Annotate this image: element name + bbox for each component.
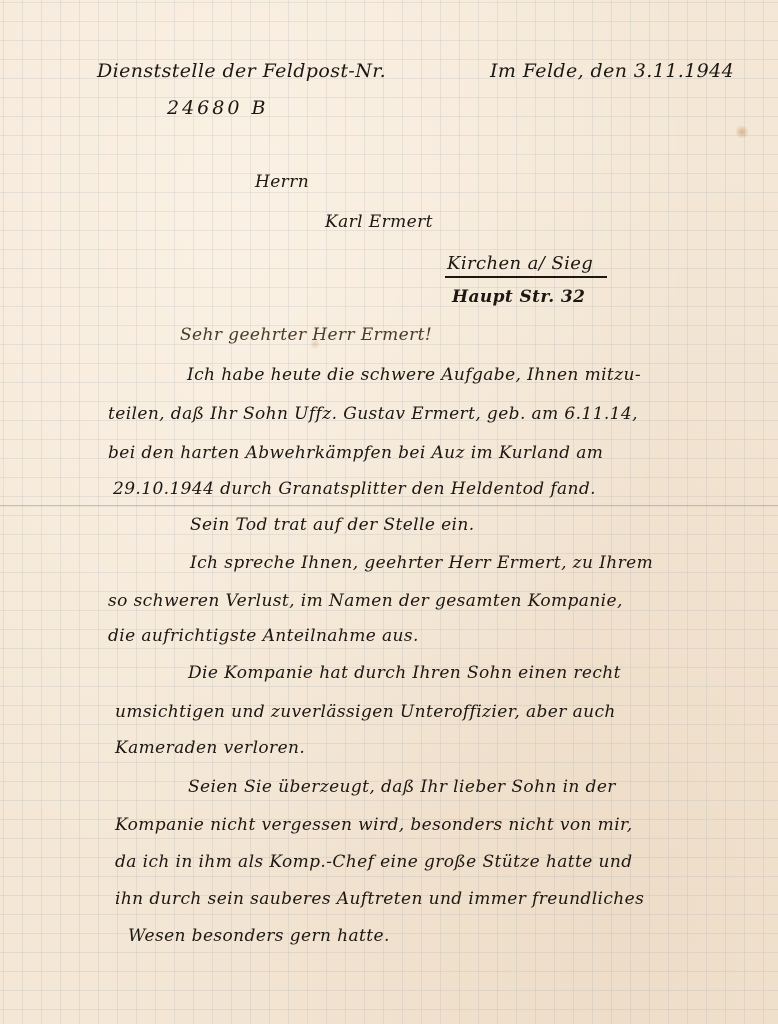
- body-line: Ich habe heute die schwere Aufgabe, Ihne…: [187, 365, 641, 385]
- body-line: da ich in ihm als Komp.-Chef eine große …: [115, 852, 633, 872]
- greeting: Sehr geehrter Herr Ermert!: [180, 325, 432, 345]
- paper-stain: [735, 125, 749, 139]
- city-underline: [445, 276, 607, 278]
- paper-fold-crease: [0, 505, 778, 507]
- body-line: ihn durch sein sauberes Auftreten und im…: [115, 889, 644, 909]
- body-line: Die Kompanie hat durch Ihren Sohn einen …: [188, 663, 621, 683]
- body-line: die aufrichtigste Anteilnahme aus.: [108, 626, 419, 646]
- feldpost-number: 24680 B: [167, 97, 268, 119]
- body-line: umsichtigen und zuverlässigen Unteroffiz…: [115, 702, 616, 722]
- recipient-name: Karl Ermert: [325, 212, 433, 232]
- body-line: Sein Tod trat auf der Stelle ein.: [190, 515, 475, 535]
- body-line: Kameraden verloren.: [115, 738, 305, 758]
- body-line: Wesen besonders gern hatte.: [128, 926, 390, 946]
- body-line: Ich spreche Ihnen, geehrter Herr Ermert,…: [190, 553, 653, 573]
- body-line: teilen, daß Ihr Sohn Uffz. Gustav Ermert…: [108, 404, 638, 424]
- body-line: bei den harten Abwehrkämpfen bei Auz im …: [108, 443, 603, 463]
- body-line: Kompanie nicht vergessen wird, besonders…: [115, 815, 633, 835]
- recipient-title: Herrn: [255, 172, 309, 192]
- place-date: Im Felde, den 3.11.1944: [490, 60, 734, 82]
- sender-office: Dienststelle der Feldpost-Nr.: [97, 60, 386, 82]
- recipient-street: Haupt Str. 32: [452, 287, 585, 307]
- recipient-city: Kirchen a/ Sieg: [447, 253, 593, 274]
- body-line: Seien Sie überzeugt, daß Ihr lieber Sohn…: [188, 777, 616, 797]
- body-line: so schweren Verlust, im Namen der gesamt…: [108, 591, 623, 611]
- body-line: 29.10.1944 durch Granatsplitter den Held…: [113, 479, 596, 499]
- letter-page: Dienststelle der Feldpost-Nr. 24680 B Im…: [0, 0, 778, 1024]
